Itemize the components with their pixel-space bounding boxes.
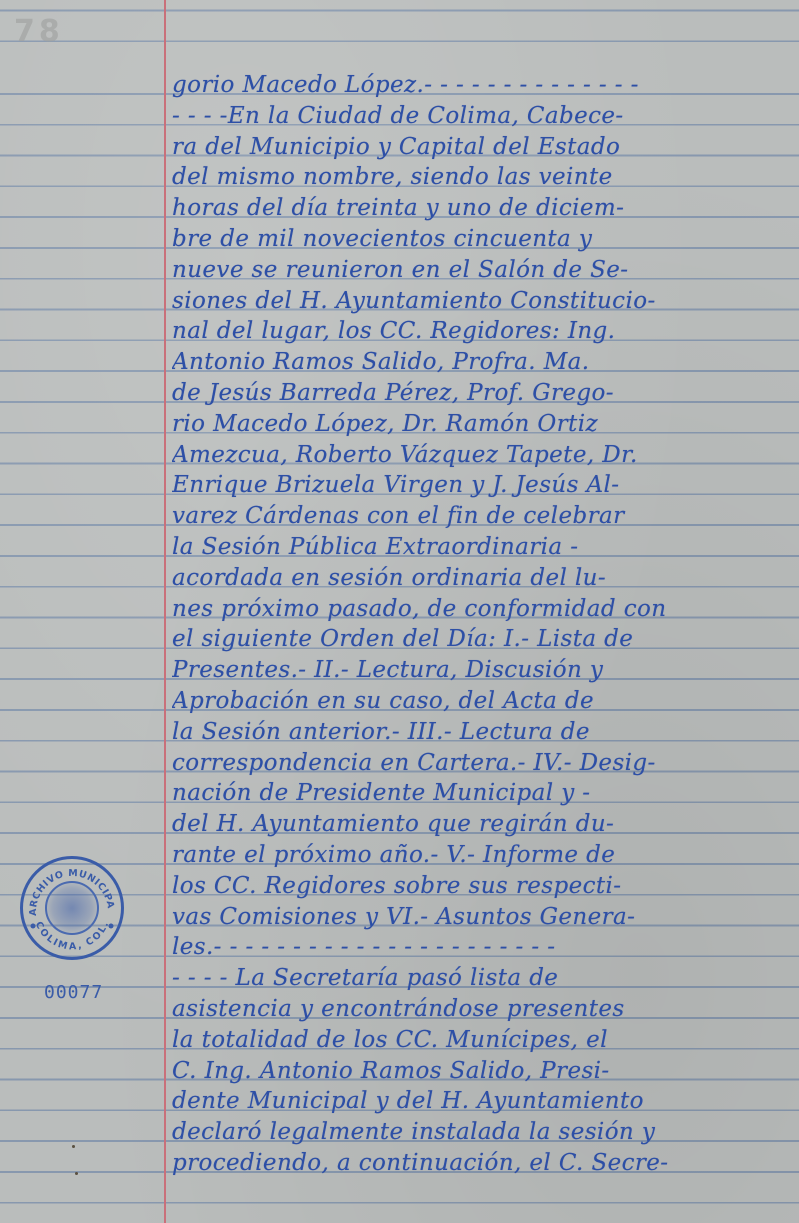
- handwritten-line: la Sesión Pública Extraordinaria -: [172, 532, 794, 563]
- red-margin-rule: [164, 0, 166, 1223]
- handwritten-line: la Sesión anterior.- III.- Lectura de: [172, 717, 794, 748]
- faded-page-number: 78: [14, 14, 64, 49]
- handwritten-line: correspondencia en Cartera.- IV.- Desig-: [172, 748, 794, 779]
- handwritten-line: - - - - La Secretaría pasó lista de: [172, 963, 794, 994]
- handwritten-text-body: gorio Macedo López.- - - - - - - - - - -…: [172, 70, 794, 1179]
- handwritten-line: gorio Macedo López.- - - - - - - - - - -…: [172, 70, 794, 101]
- handwritten-line: el siguiente Orden del Día: I.- Lista de: [172, 624, 794, 655]
- handwritten-line: Amezcua, Roberto Vázquez Tapete, Dr.: [172, 440, 794, 471]
- handwritten-line: acordada en sesión ordinaria del lu-: [172, 563, 794, 594]
- handwritten-line: nal del lugar, los CC. Regidores: Ing.: [172, 316, 794, 347]
- handwritten-line: declaró legalmente instalada la sesión y: [172, 1117, 794, 1148]
- handwritten-line: nueve se reunieron en el Salón de Se-: [172, 255, 794, 286]
- ink-spot: [72, 1145, 75, 1148]
- ink-spot: [75, 1172, 78, 1175]
- handwritten-line: bre de mil novecientos cincuenta y: [172, 224, 794, 255]
- archive-stamp: ARCHIVO MUNICIPAL COLIMA, COL.: [20, 856, 124, 960]
- folio-number: 00077: [44, 982, 103, 1003]
- handwritten-line: del mismo nombre, siendo las veinte: [172, 162, 794, 193]
- handwritten-line: varez Cárdenas con el fin de celebrar: [172, 501, 794, 532]
- handwritten-line: del H. Ayuntamiento que regirán du-: [172, 809, 794, 840]
- handwritten-line: nes próximo pasado, de conformidad con: [172, 594, 794, 625]
- handwritten-line: vas Comisiones y VI.- Asuntos Genera-: [172, 902, 794, 933]
- handwritten-line: asistencia y encontrándose presentes: [172, 994, 794, 1025]
- handwritten-line: procediendo, a continuación, el C. Secre…: [172, 1148, 794, 1179]
- handwritten-line: - - - -En la Ciudad de Colima, Cabece-: [172, 101, 794, 132]
- coat-of-arms-icon: [45, 881, 99, 935]
- handwritten-line: la totalidad de los CC. Munícipes, el: [172, 1025, 794, 1056]
- notebook-page: 78 gorio Macedo López.- - - - - - - - - …: [0, 0, 799, 1223]
- handwritten-line: horas del día treinta y uno de diciem-: [172, 193, 794, 224]
- handwritten-line: les.- - - - - - - - - - - - - - - - - - …: [172, 932, 794, 963]
- handwritten-line: Presentes.- II.- Lectura, Discusión y: [172, 655, 794, 686]
- handwritten-line: C. Ing. Antonio Ramos Salido, Presi-: [172, 1056, 794, 1087]
- handwritten-line: siones del H. Ayuntamiento Constitucio-: [172, 286, 794, 317]
- handwritten-line: Antonio Ramos Salido, Profra. Ma.: [172, 347, 794, 378]
- handwritten-line: rio Macedo López, Dr. Ramón Ortiz: [172, 409, 794, 440]
- handwritten-line: rante el próximo año.- V.- Informe de: [172, 840, 794, 871]
- handwritten-line: los CC. Regidores sobre sus respecti-: [172, 871, 794, 902]
- handwritten-line: de Jesús Barreda Pérez, Prof. Grego-: [172, 378, 794, 409]
- handwritten-line: ra del Municipio y Capital del Estado: [172, 132, 794, 163]
- handwritten-line: Aprobación en su caso, del Acta de: [172, 686, 794, 717]
- handwritten-line: nación de Presidente Municipal y -: [172, 778, 794, 809]
- handwritten-line: dente Municipal y del H. Ayuntamiento: [172, 1086, 794, 1117]
- handwritten-line: Enrique Brizuela Virgen y J. Jesús Al-: [172, 470, 794, 501]
